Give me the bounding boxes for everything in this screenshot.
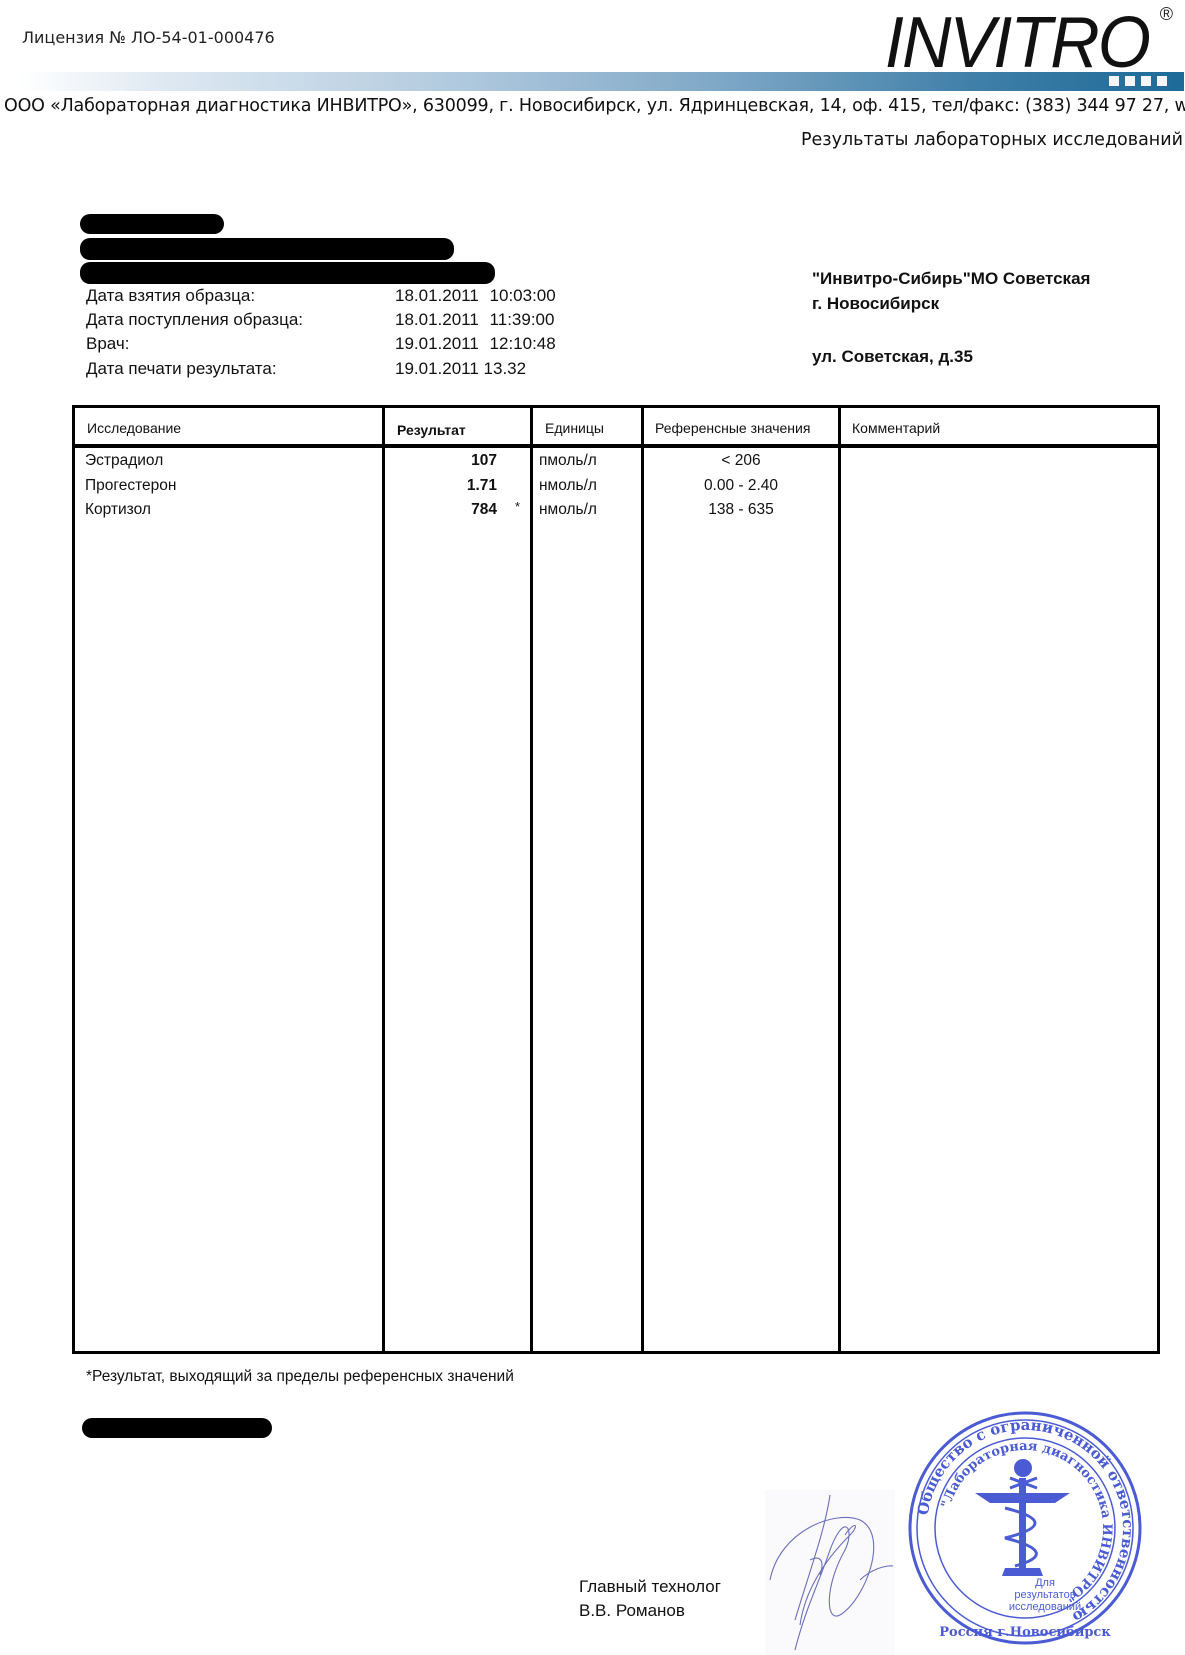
test-result: 1.71 — [387, 477, 497, 495]
signature-scribble-icon — [765, 1490, 895, 1655]
column-header-units: Единицы — [545, 420, 604, 436]
lab-street: ул. Советская, д.35 — [812, 347, 973, 367]
column-header-test: Исследование — [87, 420, 181, 436]
svg-text:результатов: результатов — [1014, 1589, 1075, 1601]
print-date-value: 19.01.2011 13.32 — [395, 359, 526, 379]
brand-squares-icon — [1109, 76, 1167, 86]
column-header-comment: Комментарий — [852, 420, 940, 436]
company-address: ООО «Лабораторная диагностика ИНВИТРО», … — [4, 96, 1185, 116]
sample-received-value: 18.01.2011 11:39:00 — [395, 310, 554, 330]
registered-mark: ® — [1160, 4, 1173, 25]
sample-collected-label: Дата взятия образца: — [86, 286, 255, 306]
sample-collected-value: 18.01.2011 10:03:00 — [395, 286, 556, 306]
lab-city: г. Новосибирск — [812, 294, 939, 314]
redacted-signature-line — [82, 1418, 272, 1438]
test-name: Прогестерон — [85, 477, 176, 495]
test-name: Кортизол — [85, 501, 151, 519]
out-of-range-footnote: *Результат, выходящий за пределы референ… — [86, 1368, 514, 1386]
redacted-patient-line-2 — [80, 238, 454, 260]
test-units: нмоль/л — [539, 477, 597, 495]
test-reference: < 206 — [644, 452, 838, 470]
lab-name: "Инвитро-Сибирь"МО Советская — [812, 269, 1090, 289]
column-header-reference: Референсные значения — [655, 420, 810, 436]
signature-image — [765, 1490, 895, 1655]
company-stamp: Общество с ограниченной ответственностью… — [905, 1408, 1145, 1648]
test-result: 784 — [387, 501, 497, 519]
test-name: Эстрадиол — [85, 452, 163, 470]
redacted-patient-name — [80, 214, 224, 234]
column-divider — [530, 408, 533, 1351]
redacted-patient-line-3 — [80, 262, 495, 284]
svg-text:Для: Для — [1035, 1577, 1055, 1589]
column-header-result: Результат — [397, 422, 466, 438]
column-divider — [641, 408, 644, 1351]
doctor-label: Врач: — [86, 334, 129, 354]
document-title: Результаты лабораторных исследований — [801, 130, 1183, 150]
header-divider — [75, 444, 1157, 448]
test-units: пмоль/л — [539, 452, 597, 470]
results-table: Исследование Результат Единицы Референсн… — [72, 405, 1160, 1354]
test-result: 107 — [387, 452, 497, 470]
signatory-position: Главный технолог — [579, 1577, 721, 1597]
license-number: Лицензия № ЛО-54-01-000476 — [22, 28, 275, 47]
sample-received-label: Дата поступления образца: — [86, 310, 303, 330]
column-divider — [382, 408, 385, 1351]
svg-text:Россия г.Новосибирск: Россия г.Новосибирск — [939, 1625, 1111, 1640]
out-of-range-flag: * — [515, 499, 520, 514]
stamp-seal-icon: Общество с ограниченной ответственностью… — [905, 1408, 1145, 1648]
svg-text:исследований: исследований — [1009, 1601, 1081, 1613]
test-reference: 138 - 635 — [644, 501, 838, 519]
test-units: нмоль/л — [539, 501, 597, 519]
column-divider — [838, 408, 841, 1351]
test-reference: 0.00 - 2.40 — [644, 477, 838, 495]
print-date-label: Дата печати результата: — [86, 359, 277, 379]
signatory-name: В.В. Романов — [579, 1601, 685, 1621]
header-gradient-bar — [20, 72, 1184, 91]
doctor-value: 19.01.2011 12:10:48 — [395, 334, 556, 354]
